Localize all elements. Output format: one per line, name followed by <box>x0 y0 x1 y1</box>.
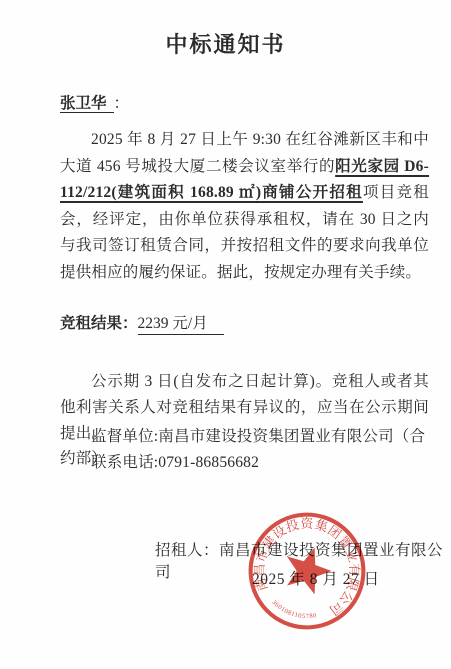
bid-result-line: 竞租结果：2239 元/月 <box>60 311 224 335</box>
seal-code-text: 3601081105780 <box>268 598 319 626</box>
svg-text:3601081105780: 3601081105780 <box>268 598 319 626</box>
bid-result-value: 2239 元/月 <box>138 311 224 335</box>
bid-result-label: 竞租结果： <box>60 315 138 332</box>
official-seal: 南昌市建设投资集团置业有限公司 3601081105780 <box>204 468 411 669</box>
contact-phone-line: 联系电话:0791-86856682 <box>60 450 429 472</box>
addressee-name: 张卫华 <box>60 95 114 113</box>
addressee-colon: ： <box>114 95 130 112</box>
lessor-label: 招租人： <box>155 542 219 559</box>
seal-star-icon <box>279 540 337 597</box>
body-paragraph: 2025 年 8 月 27 日上午 9:30 在红谷滩新区丰和中大道 456 号… <box>60 127 429 286</box>
addressee-line: 张卫华： <box>60 91 129 113</box>
document-title: 中标通知书 <box>0 28 451 59</box>
document-page: 中标通知书 张卫华： 2025 年 8 月 27 日上午 9:30 在红谷滩新区… <box>0 0 451 669</box>
